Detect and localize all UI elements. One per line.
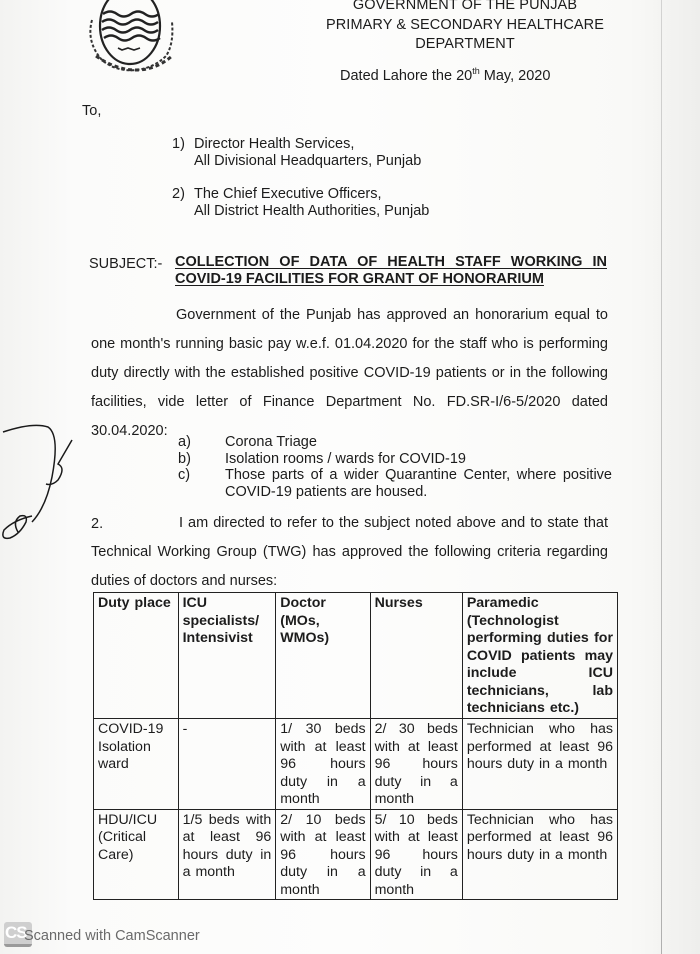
cell-doctor: 1/ 30 beds with at least 96 hours duty i… (276, 719, 370, 810)
header-duty-place: Duty place (94, 593, 179, 719)
cell-icu-specialists: - (178, 719, 276, 810)
page-edge-shadow (661, 0, 662, 954)
header-doctor: Doctor (MOs, WMOs) (276, 593, 370, 719)
paragraph-1: Government of the Punjab has approved an… (91, 301, 608, 446)
list-item: c)Those parts of a wider Quarantine Cent… (178, 467, 612, 500)
cell-nurses: 2/ 30 beds with at least 96 hours duty i… (370, 719, 462, 810)
letterhead-line-3: DEPARTMENT (280, 36, 650, 52)
recipient-1: 1)Director Health Services, All Division… (172, 136, 421, 170)
letterhead-line-2: PRIMARY & SECONDARY HEALTHCARE (280, 17, 650, 33)
to-label: To, (82, 103, 101, 119)
duty-criteria-table: Duty place ICU specialists/ Intensivist … (93, 592, 618, 900)
subject-heading: COLLECTION OF DATA OF HEALTH STAFF WORKI… (175, 254, 607, 288)
header-paramedic: Paramedic (Technologist performing dutie… (462, 593, 617, 719)
cell-nurses: 5/ 10 beds with at least 96 hours duty i… (370, 809, 462, 900)
letterhead-line-1: GOVERNMENT OF THE PUNJAB (280, 0, 650, 13)
handwritten-signature-icon (0, 390, 90, 540)
header-icu-specialists: ICU specialists/ Intensivist (178, 593, 276, 719)
cell-doctor: 2/ 10 beds with at least 96 hours duty i… (276, 809, 370, 900)
recipient-2: 2)The Chief Executive Officers, All Dist… (172, 186, 429, 220)
paragraph-2: I am directed to refer to the subject no… (91, 509, 608, 596)
cell-paramedic: Technician who has performed at least 96… (462, 809, 617, 900)
camscanner-watermark-text: Scanned with CamScanner (24, 928, 200, 944)
header-nurses: Nurses (370, 593, 462, 719)
subject-label: SUBJECT:- (89, 256, 162, 272)
list-item: a)Corona Triage (178, 434, 612, 451)
cell-icu-specialists: 1/5 beds with at least 96 hours duty in … (178, 809, 276, 900)
list-item: b)Isolation rooms / wards for COVID-19 (178, 451, 612, 468)
table-row: HDU/ICU (Critical Care) 1/5 beds with at… (94, 809, 618, 900)
scanned-letter-page: GOVERNMENT OF THE PUNJAB PRIMARY & SECON… (0, 0, 700, 954)
facilities-list: a)Corona Triage b)Isolation rooms / ward… (178, 434, 612, 500)
cell-paramedic: Technician who has performed at least 96… (462, 719, 617, 810)
table-row: COVID-19 Isolation ward - 1/ 30 beds wit… (94, 719, 618, 810)
table-header-row: Duty place ICU specialists/ Intensivist … (94, 593, 618, 719)
cell-duty-place: HDU/ICU (Critical Care) (94, 809, 179, 900)
cell-duty-place: COVID-19 Isolation ward (94, 719, 179, 810)
government-of-punjab-emblem-icon (66, 0, 194, 76)
letter-date: Dated Lahore the 20th May, 2020 (340, 66, 550, 84)
